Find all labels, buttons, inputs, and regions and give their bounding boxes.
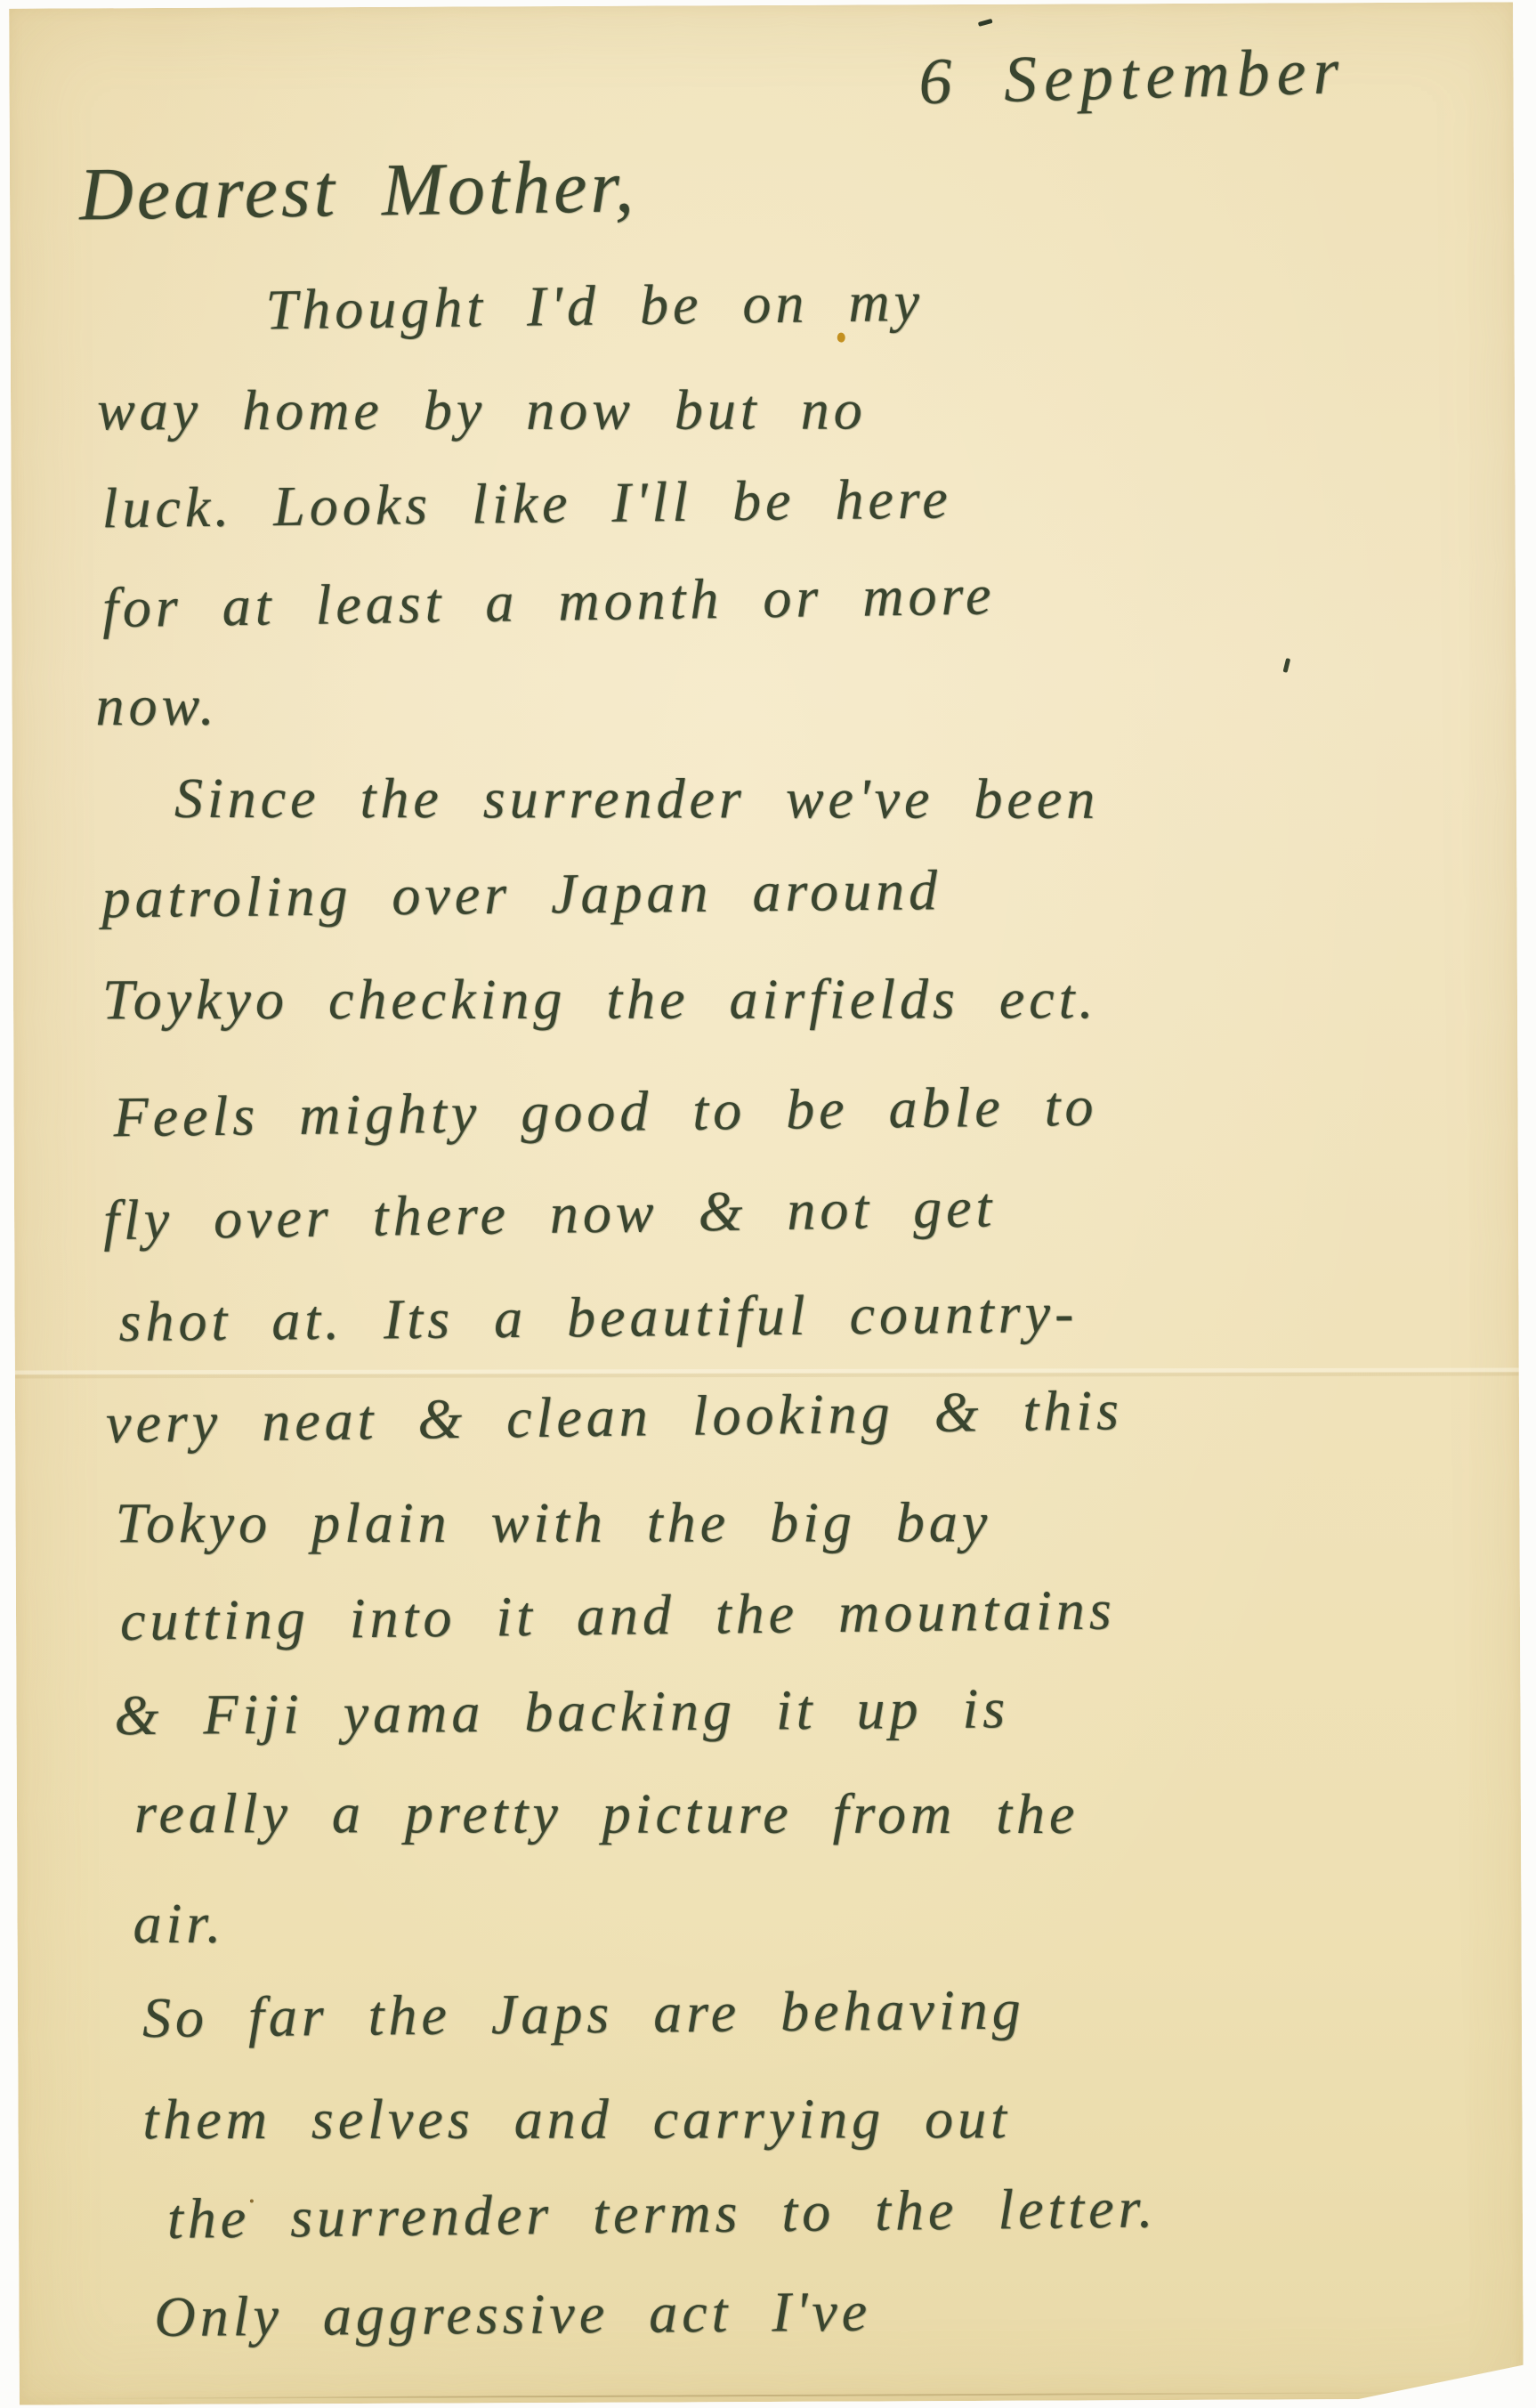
letter-line: air. — [133, 1895, 225, 1952]
letter-paper: 6 September Dearest Mother, Thought I'd … — [9, 2, 1524, 2404]
letter-line: patroling over Japan around — [101, 862, 942, 927]
paper-speck — [837, 333, 845, 343]
letter-line: Toykyo checking the airfields ect. — [102, 970, 1098, 1028]
letter-line: way home by now but no — [97, 382, 867, 440]
ink-mark — [978, 19, 993, 27]
letter-line: the surrender terms to the letter. — [167, 2179, 1158, 2248]
stray-pen-mark — [1283, 658, 1291, 673]
letter-line: Since the surrender we've been — [174, 770, 1099, 828]
letter-line: Tokyo plain with the big bay — [116, 1494, 992, 1552]
letter-line: Only aggressive act I've — [154, 2283, 871, 2346]
letter-line: cutting into it and the mountains — [120, 1581, 1116, 1650]
letter-line: & Fiji yama backing it up is — [114, 1680, 1009, 1744]
letter-line: luck. Looks like I'll be here — [101, 470, 952, 537]
letter-line: Thought I'd be on my — [265, 273, 924, 339]
letter-line: them selves and carrying out — [142, 2090, 1010, 2148]
letter-line: shot at. Its a beautiful country- — [118, 1285, 1078, 1350]
paper-fold-crease — [15, 1368, 1519, 1379]
date-line: 6 September — [918, 38, 1347, 115]
letter-line: So far the Japs are behaving — [142, 1982, 1025, 2047]
letter-line: Feels mighty good to be able to — [113, 1078, 1098, 1147]
salutation: Dearest Mother, — [78, 150, 637, 232]
letter-line: fly over there now & not get — [103, 1179, 997, 1249]
letter-line: for at least a month or more — [102, 566, 996, 636]
letter-line: very neat & clean looking & this — [106, 1382, 1124, 1452]
letter-line: now. — [95, 677, 218, 735]
scanned-letter-page: { "letter": { "kind": "handwritten lette… — [0, 0, 1536, 2408]
letter-line: really a pretty picture from the — [134, 1785, 1079, 1843]
